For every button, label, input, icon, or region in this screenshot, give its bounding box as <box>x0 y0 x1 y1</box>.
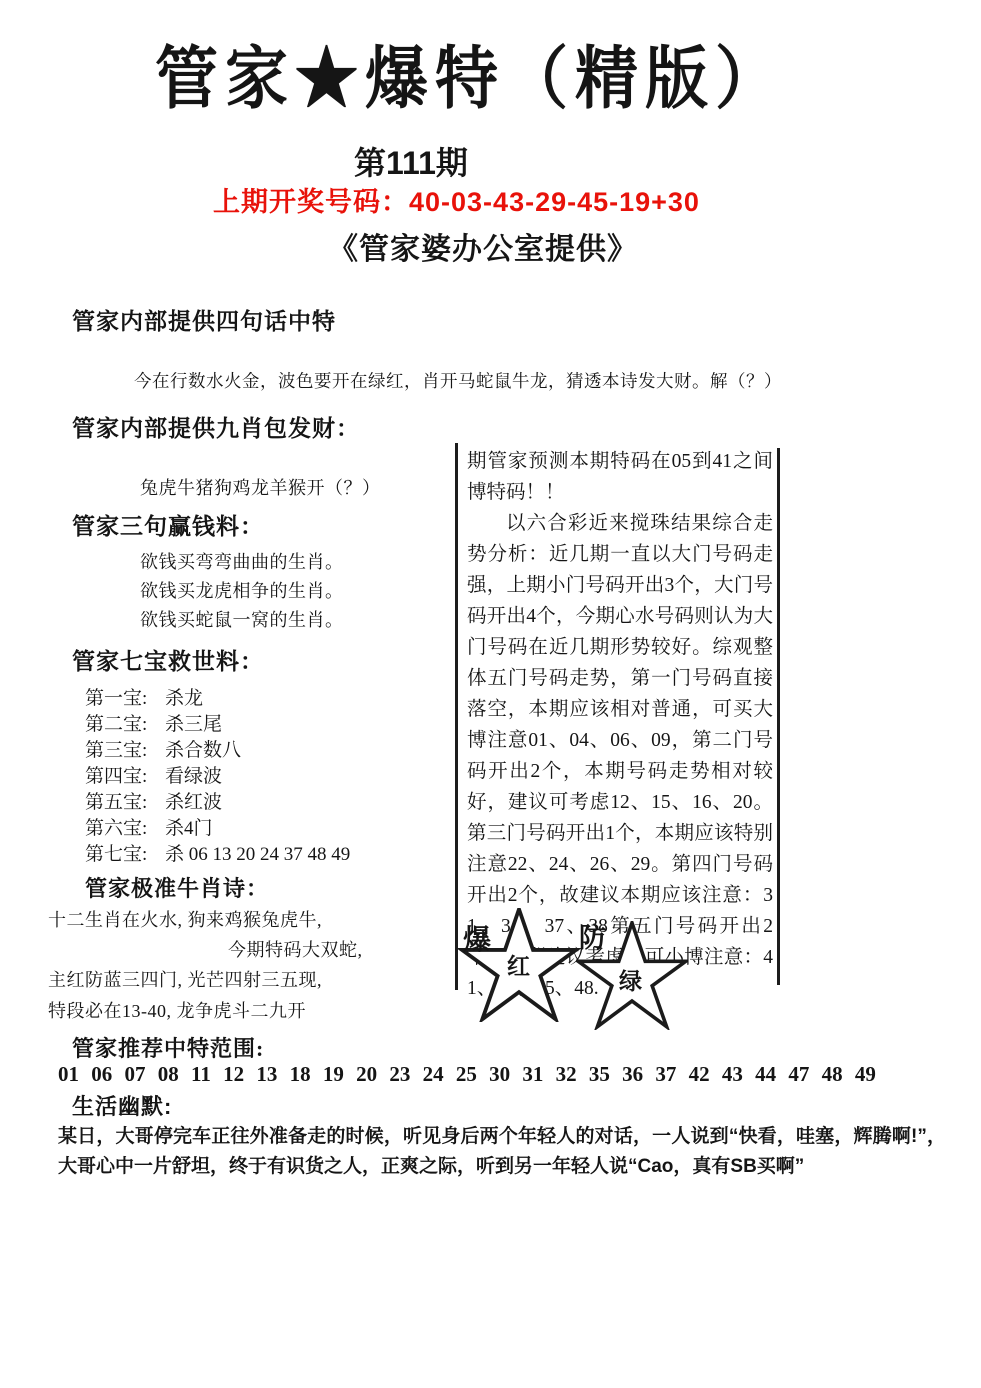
four-sentences-heading: 管家内部提供四句话中特 <box>72 303 336 336</box>
treasure-value: 杀4门 <box>165 818 213 839</box>
analysis-box-right-rule <box>777 448 780 985</box>
last-draw-label: 上期开奖号码： <box>213 187 409 217</box>
treasure-row: 第二宝:杀三尾 <box>85 712 350 738</box>
treasure-value: 杀 06 13 20 24 37 48 49 <box>165 844 350 865</box>
ox-poem-line: 特段必在13-40, 龙争虎斗二九开 <box>48 997 306 1023</box>
treasure-value: 杀合数八 <box>165 740 241 761</box>
nine-zodiac-heading: 管家内部提供九肖包发财： <box>72 410 360 443</box>
treasure-label: 第三宝: <box>85 738 165 764</box>
four-sentences-content: 今在行数水火金，波色要开在绿红，肖开马蛇鼠牛龙，猜透本诗发大财。解（？） <box>134 368 782 393</box>
treasure-label: 第六宝: <box>85 816 165 842</box>
three-sentences-heading: 管家三句赢钱料： <box>72 508 264 541</box>
star-red-inner-label: 红 <box>507 948 530 981</box>
analysis-para-1: 期管家预测本期特码在05到41之间博特码！！ <box>467 446 773 508</box>
nine-zodiac-content: 兔虎牛猪狗鸡龙羊猴开（？） <box>140 474 381 500</box>
three-sentences-list: 欲钱买弯弯曲曲的生肖。 欲钱买龙虎相争的生肖。 欲钱买蛇鼠一窝的生肖。 <box>140 548 344 635</box>
treasure-value: 看绿波 <box>165 766 222 787</box>
treasure-row: 第六宝:杀4门 <box>85 816 350 842</box>
treasure-label: 第四宝: <box>85 764 165 790</box>
treasure-value: 杀龙 <box>165 688 203 709</box>
masthead-title: 管家★爆特（精版） <box>0 24 940 122</box>
humor-heading: 生活幽默: <box>72 1090 172 1121</box>
treasure-label: 第七宝: <box>85 842 165 868</box>
treasure-label: 第二宝: <box>85 712 165 738</box>
tip-sheet-page: 管家★爆特（精版） 第111期 上期开奖号码：40-03-43-29-45-19… <box>0 0 981 1388</box>
star-red-outer-label: 爆 <box>463 918 491 958</box>
treasure-label: 第一宝: <box>85 686 165 712</box>
star-green-outer-label: 防 <box>579 916 606 955</box>
treasure-row: 第七宝:杀 06 13 20 24 37 48 49 <box>85 842 350 868</box>
treasure-value: 杀三尾 <box>165 714 222 735</box>
humor-text: 某日，大哥停完车正往外准备走的时候，听见身后两个年轻人的对话，一人说到“快看，哇… <box>58 1122 946 1182</box>
treasure-label: 第五宝: <box>85 790 165 816</box>
issue-number: 第111期 <box>354 138 468 184</box>
last-draw-line: 上期开奖号码：40-03-43-29-45-19+30 <box>213 180 700 219</box>
seven-treasures-list: 第一宝:杀龙 第二宝:杀三尾 第三宝:杀合数八 第四宝:看绿波 第五宝:杀红波 … <box>85 686 350 868</box>
last-draw-numbers: 40-03-43-29-45-19+30 <box>409 187 700 217</box>
treasure-value: 杀红波 <box>165 792 222 813</box>
ox-poem-line: 今期特码大双蛇, <box>228 936 363 962</box>
provider-line: 《管家婆办公室提供》 <box>328 224 638 268</box>
treasure-row: 第一宝:杀龙 <box>85 686 350 712</box>
ox-poem-heading: 管家极准牛肖诗： <box>85 872 269 903</box>
recommend-numbers: 01 06 07 08 11 12 13 18 19 20 23 24 25 3… <box>58 1062 948 1087</box>
money-line: 欲钱买弯弯曲曲的生肖。 <box>140 548 344 577</box>
treasure-row: 第五宝:杀红波 <box>85 790 350 816</box>
treasure-row: 第三宝:杀合数八 <box>85 738 350 764</box>
ox-poem-line: 十二生肖在火水, 狗来鸡猴兔虎牛, <box>48 906 322 932</box>
seven-treasures-heading: 管家七宝救世料： <box>72 643 264 676</box>
money-line: 欲钱买蛇鼠一窝的生肖。 <box>140 606 344 635</box>
recommend-heading: 管家推荐中特范围: <box>72 1032 264 1063</box>
money-line: 欲钱买龙虎相争的生肖。 <box>140 577 344 606</box>
treasure-row: 第四宝:看绿波 <box>85 764 350 790</box>
ox-poem-line: 主红防蓝三四门, 光芒四射三五现, <box>48 966 322 992</box>
star-green-inner-label: 绿 <box>619 963 642 996</box>
